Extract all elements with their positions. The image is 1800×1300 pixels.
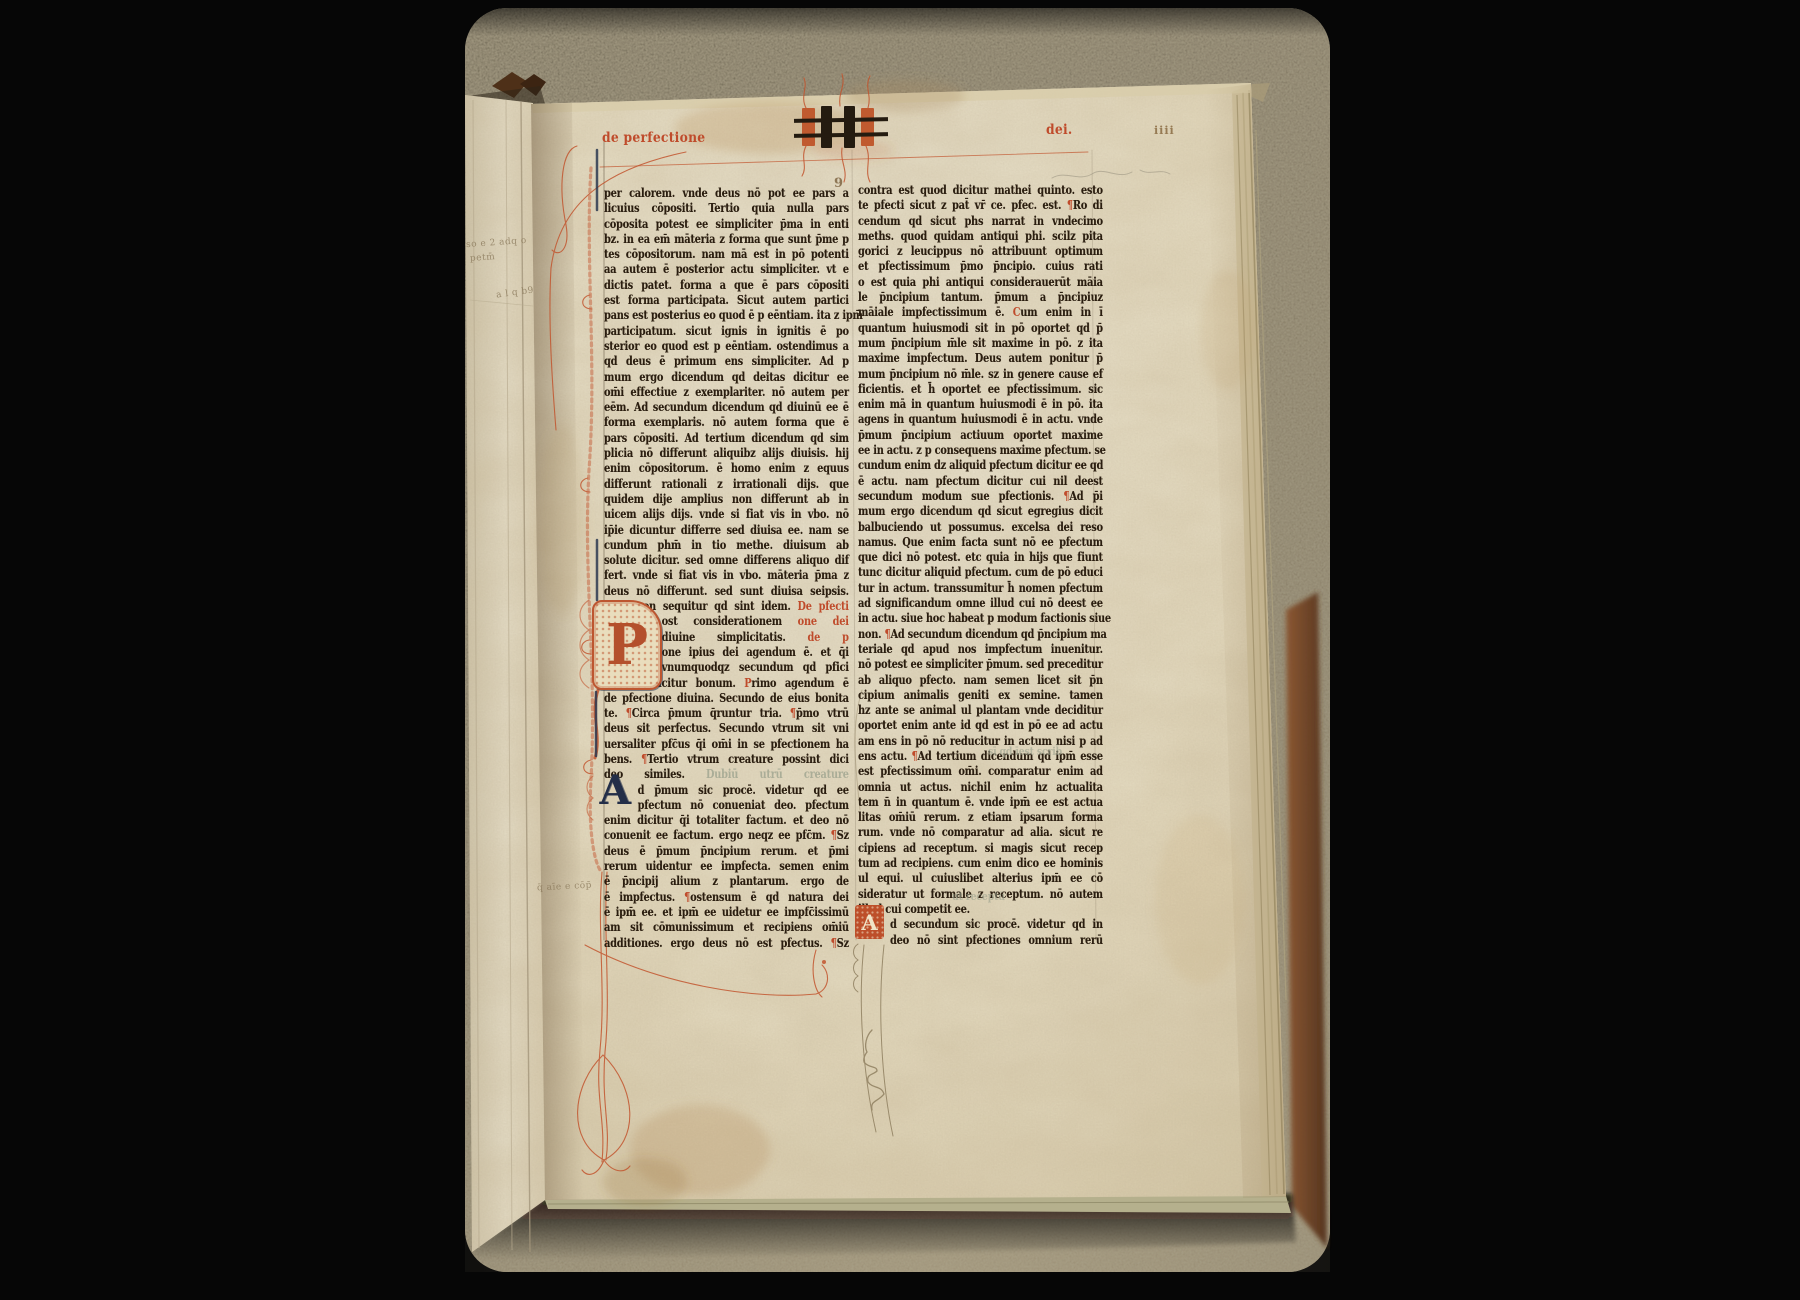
text-line-segment: deo nō sint pfectiones omnium rerū xyxy=(890,933,1103,947)
text-line: deus sit perfectus. Secundo vtrum sit vn… xyxy=(604,721,849,736)
ornament-stroke xyxy=(821,106,832,148)
text-line: de pfectione diuina. Secundo de eius bon… xyxy=(604,691,849,706)
text-line: te pfecti sicut z pat̄ vr̄ ce. pfec. est… xyxy=(858,198,1103,213)
text-line-segment: maxime impfectum. Deus autem ponitur p̄ xyxy=(858,351,1103,365)
text-line-segment: te pfecti sicut z pat̄ vr̄ ce. pfec. est… xyxy=(858,198,1067,212)
text-line-segment: tur in actum. transsumitur h̄ nomen pfec… xyxy=(858,581,1103,595)
text-line-segment: uersaliter pfc̄us q̄i om̄i in se pfectio… xyxy=(604,737,849,751)
text-line: rerum uidentur ee impfecta. semen enim xyxy=(604,859,849,874)
text-line: tes cōpositorum. nam mā est in pō potent… xyxy=(604,247,849,262)
text-line-segment: cōposita potest ee simpliciter p̄ma in e… xyxy=(604,217,849,231)
text-line-segment: est pfectissimum om̄i. comparatur enim a… xyxy=(858,764,1103,778)
text-line-segment: cipium animalis geniti ex semine. tamen xyxy=(858,688,1103,702)
text-line-segment: o est quia phi antiqui considerauerūt mā… xyxy=(858,275,1103,289)
text-line-segment: cundum phm̄ in tio methe. diuisum ab xyxy=(604,538,849,552)
folio-number: iiii xyxy=(1154,124,1175,137)
text-line-segment: cundum enim dz aliquid pfectum dicitur e… xyxy=(858,458,1103,472)
running-header-right: dei. xyxy=(1046,122,1072,138)
text-line-segment: enim cōpositorum. ē homo enim z equus xyxy=(604,461,849,475)
text-line-segment: deus nō differunt. sed sunt diuisa seips… xyxy=(604,584,849,598)
text-line-segment: de pfectione diuina. Secundo de eius bon… xyxy=(604,691,849,705)
text-line: am ens in pō nō reducitur in actum nisi … xyxy=(858,734,1103,749)
text-line-segment: om̄i effectiue z exemplariter. nō autem … xyxy=(604,385,849,399)
text-line: participatum. sicut ignis in ignitis ē p… xyxy=(604,324,849,339)
text-line: cipium animalis geniti ex semine. tamen xyxy=(858,688,1103,703)
text-line-segment: tunc dicitur aliquid pfectum. cum de pō … xyxy=(858,565,1103,579)
text-line: ad significandum omne illud cui nō deest… xyxy=(858,596,1103,611)
text-line: meths. quod quidam antiqui phi. scilz pi… xyxy=(858,229,1103,244)
initial-p-decorated: P xyxy=(592,600,662,690)
text-line: ip̄ie dicuntur differre sed diuisa ee. n… xyxy=(604,523,849,538)
text-line-segment: gorici z leucippus nō attribuunt optimum xyxy=(858,244,1103,258)
text-line: enim mā in quantum huiusmodi ē in pō. it… xyxy=(858,397,1103,412)
text-line: d secundum sic procē. videtur qd in xyxy=(858,917,1103,932)
text-line-segment: deus ē p̄mum p̄ncipium rerum. et p̄mi xyxy=(604,844,849,858)
text-line-segment: Circa p̄mum q̄runtur tria. xyxy=(632,706,790,720)
text-line: litas om̄iū rerum. z etiam ipsarum forma xyxy=(858,810,1103,825)
text-line-segment: nō potest ee simpliciter p̄mum. sed prec… xyxy=(858,657,1103,671)
text-line: bz. in ea em̄ māteria z forma que sunt p… xyxy=(604,232,849,247)
text-line-segment: et pfectissimum p̄mo p̄ncipio. cuius rat… xyxy=(858,259,1103,273)
text-line-segment: Sz xyxy=(837,828,849,842)
running-header-left: de perfectione xyxy=(602,130,705,146)
text-line: illud cui competit ee. xyxy=(858,902,1103,917)
text-line-segment: pars cōpositi. Ad tertium dicendum qd si… xyxy=(604,431,849,445)
text-line-segment: Dubiū utrū creature xyxy=(706,767,849,781)
text-line-segment: teriale qd apud nos impfectum inuenitur. xyxy=(858,642,1103,656)
fore-edge-stack xyxy=(465,95,545,1252)
text-line: agens in quantum huiusmodi ē in actu. vn… xyxy=(858,412,1103,427)
text-line-segment: secundum modum sue pfectionis. xyxy=(858,489,1063,503)
text-line: cundum enim dz aliquid pfectum dicitur e… xyxy=(858,458,1103,473)
text-line-segment: quantum huiusmodi sit in pō oportet qd p… xyxy=(858,321,1103,335)
text-line: conuenit ee factum. ergo neqz ee pfc̄m. … xyxy=(604,828,849,843)
text-line: solute dicitur. sed omne differens aliqu… xyxy=(604,553,849,568)
text-line: non. ¶Ad secundum dicendum qd p̄ncipium … xyxy=(858,627,1103,642)
text-line: teriale qd apud nos impfectum inuenitur. xyxy=(858,642,1103,657)
text-line: om̄i effectiue z exemplariter. nō autem … xyxy=(604,385,849,400)
text-line-segment: qd deus ē primum ens simpliciter. Ad p xyxy=(604,354,849,368)
text-line-segment: enim mā in quantum huiusmodi ē in pō. it… xyxy=(858,397,1103,411)
text-line: mum ergo dicendum qd sicut egregius dici… xyxy=(858,504,1103,519)
text-line-segment: aa autem ē posterior actu simpliciter. v… xyxy=(604,262,849,276)
text-line-segment: tes cōpositorum. nam mā est in pō potent… xyxy=(604,247,849,261)
text-line: bens. ¶Tertio vtrum creature possint dic… xyxy=(604,752,849,767)
text-line-segment: ē actu. nam pfectum dicitur cui nil dees… xyxy=(858,474,1103,488)
text-column-left: per calorem. vnde deus nō pot ee pars al… xyxy=(604,186,850,951)
text-line: namus. Que enim facta sunt nō ee pfectum xyxy=(858,535,1103,550)
text-line: aa autem ē posterior actu simpliciter. v… xyxy=(604,262,849,277)
text-line: ē p̄ncipij alium z plantarum. ergo de xyxy=(604,874,849,889)
text-line: balbuciendo ut possumus. excelsa dei res… xyxy=(858,520,1103,535)
text-line-segment: oportet enim ante id qd est in pō ee ad … xyxy=(858,718,1103,732)
text-line-segment: Sz xyxy=(837,936,849,950)
text-line-segment: rum. vnde nō comparatur ad alia. sicut r… xyxy=(858,825,1103,839)
text-line-segment: māiale impfectissimum ē. xyxy=(858,305,1013,319)
text-line: cōposita potest ee simpliciter p̄ma in e… xyxy=(604,217,849,232)
text-line: hz ante se animal ul plantam vnde decidi… xyxy=(858,703,1103,718)
text-line-segment: est forma participata. Sicut autem parti… xyxy=(604,293,849,307)
text-line: tum ad recipiens. cum enim dico ee homin… xyxy=(858,856,1103,871)
offset-text: ut receptū xyxy=(952,890,1005,903)
text-line: ē impfectus. ¶ostensum ē qd natura dei xyxy=(604,890,849,905)
text-line: deus nō differunt. sed sunt diuisa seips… xyxy=(604,584,849,599)
text-line-segment: mum p̄ncipium nō m̄le. sz in genere caus… xyxy=(858,367,1103,381)
text-line-segment: litas om̄iū rerum. z etiam ipsarum forma xyxy=(858,810,1103,824)
text-line-segment: meths. quod quidam antiqui phi. scilz pi… xyxy=(858,229,1103,243)
text-line: am sit cōmunissimum et recipiens om̄iū xyxy=(604,920,849,935)
text-line-segment: cendum qd sicut phs narrat in vndecimo xyxy=(858,214,1103,228)
text-line: te. ¶Circa p̄mum q̄runtur tria. ¶p̄mo vt… xyxy=(604,706,849,721)
text-line: oportet enim ante id qd est in pō ee ad … xyxy=(858,718,1103,733)
text-line-segment: ost considerationem xyxy=(662,614,798,628)
text-line-segment: ens actu. xyxy=(858,749,912,763)
text-line: māiale impfectissimum ē. Cum enim in ī xyxy=(858,305,1103,320)
text-line: per calorem. vnde deus nō pot ee pars a xyxy=(604,186,849,201)
text-line: gorici z leucippus nō attribuunt optimum xyxy=(858,244,1103,259)
text-line: deus ē p̄mum p̄ncipium rerum. et p̄mi xyxy=(604,844,849,859)
text-line-segment: omnia ut actus. nichil enim hz actualita xyxy=(858,780,1103,794)
text-line: est forma participata. Sicut autem parti… xyxy=(604,293,849,308)
text-line-segment: differunt rationali z irrationali dijs. … xyxy=(604,477,849,491)
text-line-segment: ē p̄ncipij alium z plantarum. ergo de xyxy=(604,874,849,888)
text-line-segment: quidem dije amplius non differunt ab in xyxy=(604,492,849,506)
text-line: qd deus ē primum ens simpliciter. Ad p xyxy=(604,354,849,369)
text-line-segment: licuius cōpositi. Tertio quia nulla pars xyxy=(604,201,849,215)
text-line-segment: conuenit ee factum. ergo neqz ee pfc̄m. xyxy=(604,828,831,842)
text-line-segment: am sit cōmunissimum et recipiens om̄iū xyxy=(604,920,849,934)
text-line-segment: ee in actu. z p consequens maxime pfectu… xyxy=(858,443,1106,457)
text-line: deo nō sint pfectiones omnium rerū xyxy=(858,933,1103,948)
text-line-segment: ab aliquo pfecto. nam semen licet sit p̄… xyxy=(858,673,1103,687)
text-line: uicem alijs dijs. vnde si fiat vis in vb… xyxy=(604,507,849,522)
text-line-segment: plicia nō differunt aliquibz alijs diuis… xyxy=(604,446,849,460)
text-line-segment: diuine simplicitatis. xyxy=(662,630,808,644)
text-line: plicia nō differunt aliquibz alijs diuis… xyxy=(604,446,849,461)
text-line-segment: uicem alijs dijs. vnde si fiat vis in vb… xyxy=(604,507,849,521)
text-line: fert. vnde si fiat vis in vbo. māteria p… xyxy=(604,568,849,583)
text-line-segment: deus sit perfectus. Secundo vtrum sit vn… xyxy=(604,721,849,735)
text-line: o est quia phi antiqui considerauerūt mā… xyxy=(858,275,1103,290)
manuscript-photo: de perfectione dei. iiii 9 per calorem. … xyxy=(0,0,1800,1300)
text-line-segment: dictis patet. forma a que ē pars cōposit… xyxy=(604,278,849,292)
text-line-segment: forma exemplaris. nō autem forma que ē xyxy=(604,415,849,429)
offset-text: sī qd īest scrib̄ xyxy=(988,745,1062,758)
margin-note: petm̄ xyxy=(470,252,496,264)
text-line-segment: pfectum nō conueniat deo. pfectum xyxy=(638,798,849,812)
text-line: additiones. ergo deus nō est pfectus. ¶S… xyxy=(604,936,849,951)
text-line-segment: one ipius dei agendum ē. et q̄i xyxy=(662,645,849,659)
text-line-segment: participatum. sicut ignis in ignitis ē p… xyxy=(604,324,849,338)
text-line-segment: mum p̄ncipium m̄le sit maxime in pō. z i… xyxy=(858,336,1103,350)
text-line-segment: hz ante se animal ul plantam vnde decidi… xyxy=(858,703,1103,717)
text-line-segment: de p xyxy=(808,630,849,644)
text-line: enim cōpositorum. ē homo enim z equus xyxy=(604,461,849,476)
text-line-segment: um enim in ī xyxy=(1020,305,1103,319)
text-line: mum p̄ncipium nō m̄le. sz in genere caus… xyxy=(858,367,1103,382)
text-line-segment: ficientis. et h̄ oportet ee pfectissimum… xyxy=(858,382,1103,396)
text-line-segment: te. xyxy=(604,706,626,720)
text-line: cundum phm̄ in tio methe. diuisum ab xyxy=(604,538,849,553)
initial-a-left-column: A xyxy=(596,770,634,812)
text-line-segment: mum ergo dicendum qd sicut egregius dici… xyxy=(858,504,1103,518)
text-line: ens actu. ¶Ad tertium dicendum qd ipm̄ e… xyxy=(858,749,1103,764)
text-line: secundum modum sue pfectionis. ¶Ad p̄i xyxy=(858,489,1103,504)
text-line-segment: enim dicitur q̄i totaliter factum. et de… xyxy=(604,813,849,827)
text-line: licuius cōpositi. Tertio quia nulla pars xyxy=(604,201,849,216)
text-line-segment: in actu. siue hoc habeat p modum faction… xyxy=(858,611,1111,625)
text-line: sterior eo quod est p eēntiam. ostendimu… xyxy=(604,339,849,354)
text-line: quidem dije amplius non differunt ab in xyxy=(604,492,849,507)
text-line: cipiens ad receptum. si magis sicut rece… xyxy=(858,841,1103,856)
text-line-segment: Ad secundum dicendum qd p̄ncipium ma xyxy=(890,627,1106,641)
text-line-segment: mum ergo dicendum qd deitas dicitur ee xyxy=(604,370,849,384)
text-line: et pfectissimum p̄mo p̄ncipio. cuius rat… xyxy=(858,259,1103,274)
text-line-segment: rerum uidentur ee impfecta. semen enim xyxy=(604,859,849,873)
text-line: uersaliter pfc̄us q̄i om̄i in se pfectio… xyxy=(604,737,849,752)
text-line: mum ergo dicendum qd deitas dicitur ee xyxy=(604,370,849,385)
text-line-segment: per calorem. vnde deus nō pot ee pars a xyxy=(604,186,849,200)
initial-a-right-column: A xyxy=(855,905,884,939)
text-line: ficientis. et h̄ oportet ee pfectissimum… xyxy=(858,382,1103,397)
text-line-segment: ip̄ie dicuntur differre sed diuisa ee. n… xyxy=(604,523,849,537)
text-column-right: contra est quod dicitur mathei quinto. e… xyxy=(858,183,1104,948)
text-line: tem n̄ in quantum ē. vnde ipm̄ ee est ac… xyxy=(858,795,1103,810)
text-line-segment: fert. vnde si fiat vis in vbo. māteria p… xyxy=(604,568,849,582)
text-line-segment: ē impfectus. xyxy=(604,890,684,904)
text-line-segment: le p̄ncipium tantum. p̄mum a p̄ncipiuz xyxy=(858,290,1103,304)
text-line-segment: sterior eo quod est p eēntiam. ostendimu… xyxy=(604,339,849,353)
text-line-segment: C xyxy=(1013,305,1021,319)
ornament-stroke xyxy=(861,108,874,146)
text-line: est pfectissimum om̄i. comparatur enim a… xyxy=(858,764,1103,779)
ornament-stroke xyxy=(844,106,855,148)
text-line: enim dicitur q̄i totaliter factum. et de… xyxy=(604,813,849,828)
text-line: quantum huiusmodi sit in pō oportet qd p… xyxy=(858,321,1103,336)
text-line-segment: vnumquodqz secundum qd pfici xyxy=(662,660,849,674)
text-line-segment: tem n̄ in quantum ē. vnde ipm̄ ee est ac… xyxy=(858,795,1103,809)
text-line-segment: balbuciendo ut possumus. excelsa dei res… xyxy=(858,520,1103,534)
text-line: cendum qd sicut phs narrat in vndecimo xyxy=(858,214,1103,229)
text-line-segment: p̄mum p̄ncipium actiuum oportet maxime xyxy=(858,428,1103,442)
text-line-segment: namus. Que enim facta sunt nō ee pfectum xyxy=(858,535,1103,549)
text-line: ē ipm̄ ee. et ipm̄ ee uidetur ee impfc̄i… xyxy=(604,905,849,920)
text-line-segment: ad significandum omne illud cui nō deest… xyxy=(858,596,1103,610)
text-line-segment: pans est posterius eo quod ē p eēntiam. … xyxy=(604,308,863,322)
text-line-segment: cipiens ad receptum. si magis sicut rece… xyxy=(858,841,1103,855)
text-line: pars cōpositi. Ad tertium dicendum qd si… xyxy=(604,431,849,446)
text-line: omnia ut actus. nichil enim hz actualita xyxy=(858,780,1103,795)
text-line: dictis patet. forma a que ē pars cōposit… xyxy=(604,278,849,293)
text-line-segment: am ens in pō nō reducitur in actum nisi … xyxy=(858,734,1103,748)
text-line-segment: non. xyxy=(858,627,884,641)
text-line-segment: ul equi. ul cuiuslibet alterius ipm̄ ee … xyxy=(858,871,1103,885)
text-line-segment: Ad p̄i xyxy=(1069,489,1102,503)
text-line-segment: Ro di xyxy=(1073,198,1103,212)
text-line-segment: d secundum sic procē. videtur qd in xyxy=(890,917,1103,931)
text-line: contra est quod dicitur mathei quinto. e… xyxy=(858,183,1103,198)
text-line: p̄mum p̄ncipium actiuum oportet maxime xyxy=(858,428,1103,443)
text-line-segment: que dici nō potest. etc quia in hijs que… xyxy=(858,550,1103,564)
text-line: differunt rationali z irrationali dijs. … xyxy=(604,477,849,492)
text-line: ee in actu. z p consequens maxime pfectu… xyxy=(858,443,1103,458)
text-line-segment: additiones. ergo deus nō est pfectus. xyxy=(604,936,831,950)
text-line-segment: contra est quod dicitur mathei quinto. e… xyxy=(858,183,1103,197)
text-line-segment: solute dicitur. sed omne differens aliqu… xyxy=(604,553,849,567)
text-line-segment: bz. in ea em̄ māteria z forma que sunt p… xyxy=(604,232,849,246)
text-line: tunc dicitur aliquid pfectum. cum de pō … xyxy=(858,565,1103,580)
text-line-segment: d p̄mum sic procē. videtur qd ee xyxy=(638,783,849,797)
text-line-segment: agens in quantum huiusmodi ē in actu. vn… xyxy=(858,412,1103,426)
text-line: mum p̄ncipium m̄le sit maxime in pō. z i… xyxy=(858,336,1103,351)
ornament-stroke xyxy=(802,108,815,146)
text-line: pfectum nō conueniat deo. pfectum xyxy=(604,798,849,813)
text-line: in actu. siue hoc habeat p modum faction… xyxy=(858,611,1103,626)
text-line-segment: De pfecti xyxy=(798,599,849,613)
text-line: le p̄ncipium tantum. p̄mum a p̄ncipiuz xyxy=(858,290,1103,305)
text-line: pans est posterius eo quod ē p eēntiam. … xyxy=(604,308,849,323)
text-line: nō potest ee simpliciter p̄mum. sed prec… xyxy=(858,657,1103,672)
text-line: ab aliquo pfecto. nam semen licet sit p̄… xyxy=(858,673,1103,688)
chapter-numeral-ornament xyxy=(798,106,882,150)
text-line: que dici nō potest. etc quia in hijs que… xyxy=(858,550,1103,565)
text-line-segment: eēm. Ad secundum dicendum qd diuinū ee ē xyxy=(604,400,849,414)
text-line: ul equi. ul cuiuslibet alterius ipm̄ ee … xyxy=(858,871,1103,886)
text-line: eēm. Ad secundum dicendum qd diuinū ee ē xyxy=(604,400,849,415)
text-line-segment: p̄mo vtrū xyxy=(796,706,849,720)
text-line: rum. vnde nō comparatur ad alia. sicut r… xyxy=(858,825,1103,840)
text-line: maxime impfectum. Deus autem ponitur p̄ xyxy=(858,351,1103,366)
text-line-segment: ē ipm̄ ee. et ipm̄ ee uidetur ee impfc̄i… xyxy=(604,905,849,919)
text-line-segment: ostensum ē qd natura dei xyxy=(690,890,849,904)
text-line: deo similes. Dubiū utrū creature xyxy=(604,767,849,782)
text-line: tur in actum. transsumitur h̄ nomen pfec… xyxy=(858,581,1103,596)
text-line: ē actu. nam pfectum dicitur cui nil dees… xyxy=(858,474,1103,489)
text-line: forma exemplaris. nō autem forma que ē xyxy=(604,415,849,430)
text-line-segment: bens. xyxy=(604,752,641,766)
text-line-segment: Tertio vtrum creature possint dici xyxy=(647,752,849,766)
text-line-segment: one dei xyxy=(798,614,849,628)
text-line-segment: tum ad recipiens. cum enim dico ee homin… xyxy=(858,856,1103,870)
text-line: d p̄mum sic procē. videtur qd ee xyxy=(604,783,849,798)
text-line-segment: rimo agendum ē xyxy=(751,676,848,690)
